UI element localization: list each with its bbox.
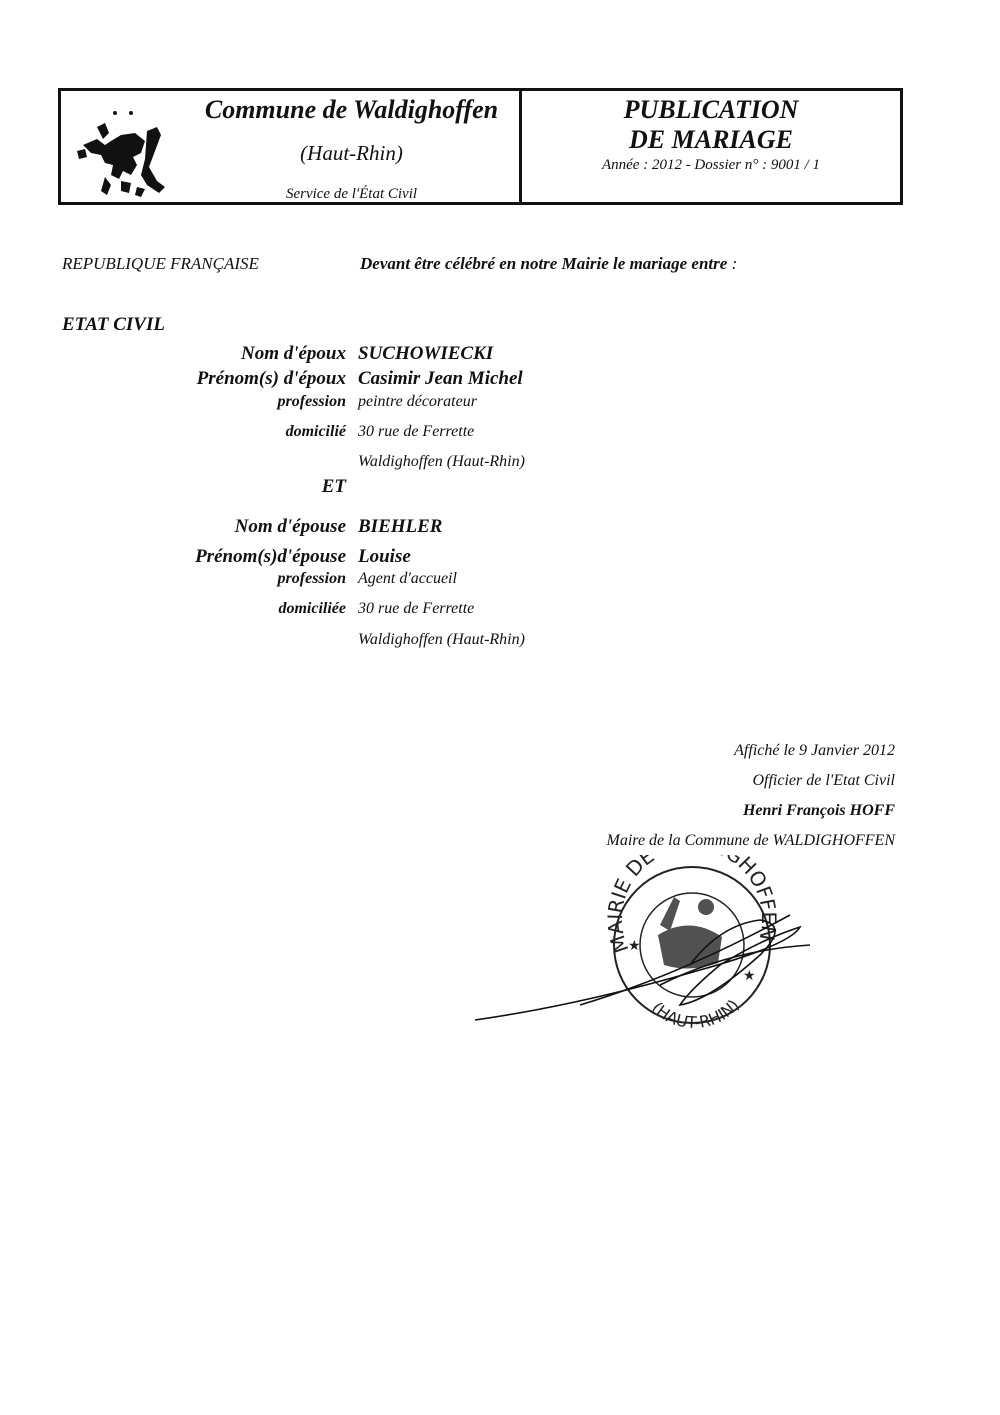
dossier-meta: Année : 2012 - Dossier n° : 9001 / 1 xyxy=(522,157,900,174)
epouse-adresse: 30 rue de Ferrette xyxy=(358,600,474,618)
officier-name: Henri François HOFF xyxy=(607,796,895,826)
epouse-ville: Waldighoffen (Haut-Rhin) xyxy=(358,631,525,649)
epouse-nom-label: Nom d'épouse xyxy=(235,516,346,538)
epoux-domicile-label: domicilié xyxy=(286,423,346,441)
svg-text:(HAUT-RHIN): (HAUT-RHIN) xyxy=(648,996,743,1032)
publication-title-line1: PUBLICATION xyxy=(522,95,900,125)
commune-header: Commune de Waldighoffen (Haut-Rhin) Serv… xyxy=(61,91,522,202)
epoux-nom: SUCHOWIECKI xyxy=(358,343,493,365)
epouse-domicile-label: domiciliée xyxy=(278,600,346,618)
epouse-prenom: Louise xyxy=(358,546,411,568)
epoux-ville: Waldighoffen (Haut-Rhin) xyxy=(358,453,525,471)
header-box: Commune de Waldighoffen (Haut-Rhin) Serv… xyxy=(58,88,903,205)
commune-region: (Haut-Rhin) xyxy=(189,141,514,166)
publication-title: PUBLICATION DE MARIAGE xyxy=(522,95,900,155)
epouse-profession: Agent d'accueil xyxy=(358,570,457,588)
official-seal-icon: MAIRIE DE WALDIGHOFFEN (HAUT-RHIN) ★ ★ xyxy=(460,855,820,1035)
intro-sentence: Devant être célébré en notre Mairie le m… xyxy=(360,254,727,273)
conjunction: ET xyxy=(322,476,346,498)
affiche-date: Affiché le 9 Janvier 2012 xyxy=(607,736,895,766)
commune-coat-of-arms-icon xyxy=(75,105,175,200)
epoux-profession-label: profession xyxy=(278,393,346,411)
epoux-profession: peintre décorateur xyxy=(358,393,477,411)
intro-text: Devant être célébré en notre Mairie le m… xyxy=(360,254,737,274)
signature-block: Affiché le 9 Janvier 2012 Officier de l'… xyxy=(607,736,895,856)
section-title: ETAT CIVIL xyxy=(62,314,165,336)
epoux-prenom-label: Prénom(s) d'époux xyxy=(197,368,346,390)
publication-header: PUBLICATION DE MARIAGE Année : 2012 - Do… xyxy=(522,91,900,202)
officier-title: Officier de l'Etat Civil xyxy=(607,766,895,796)
commune-title: Commune de Waldighoffen xyxy=(189,95,514,125)
epouse-profession-label: profession xyxy=(278,570,346,588)
epouse-prenom-label: Prénom(s)d'épouse xyxy=(195,546,346,568)
epoux-prenom: Casimir Jean Michel xyxy=(358,368,523,390)
epoux-nom-label: Nom d'époux xyxy=(241,343,346,365)
publication-title-line2: DE MARIAGE xyxy=(522,125,900,155)
intro-colon: : xyxy=(727,254,737,273)
svg-text:★: ★ xyxy=(628,939,641,954)
epoux-adresse: 30 rue de Ferrette xyxy=(358,423,474,441)
commune-service: Service de l'État Civil xyxy=(189,186,514,203)
epouse-nom: BIEHLER xyxy=(358,516,442,538)
mayor-title: Maire de la Commune de WALDIGHOFFEN xyxy=(607,826,895,856)
svg-text:★: ★ xyxy=(743,969,756,984)
republique-label: REPUBLIQUE FRANÇAISE xyxy=(62,254,259,274)
